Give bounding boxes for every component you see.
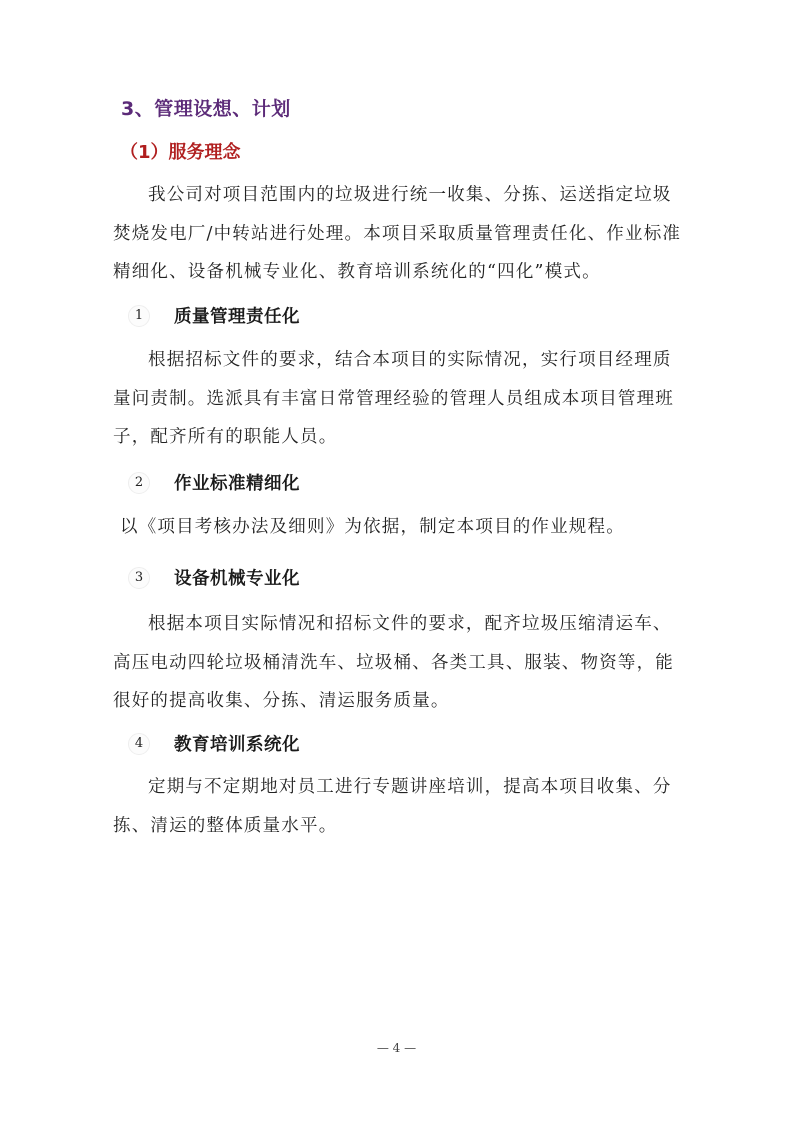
circled-number-icon: 2: [128, 472, 150, 494]
list-item-heading: 2 作业标准精细化: [128, 470, 300, 495]
list-item-heading: 4 教育培训系统化: [128, 731, 300, 756]
intro-paragraph: 我公司对项目范围内的垃圾进行统一收集、分拣、运送指定垃圾焚烧发电厂/中转站进行处…: [113, 176, 688, 292]
circled-number-icon: 1: [128, 305, 150, 327]
item-body: 根据本项目实际情况和招标文件的要求，配齐垃圾压缩清运车、高压电动四轮垃圾桶清洗车…: [113, 605, 688, 721]
item-title: 质量管理责任化: [174, 303, 300, 328]
list-item-heading: 1 质量管理责任化: [128, 303, 300, 328]
page-number: — 4 —: [0, 1041, 793, 1055]
document-page: 3、管理设想、计划 （1）服务理念 我公司对项目范围内的垃圾进行统一收集、分拣、…: [0, 0, 793, 1122]
section-heading: 3、管理设想、计划: [121, 94, 291, 121]
subsection-heading: （1）服务理念: [120, 138, 241, 164]
item-title: 设备机械专业化: [174, 565, 300, 590]
list-item-heading: 3 设备机械专业化: [128, 565, 300, 590]
item-title: 教育培训系统化: [174, 731, 300, 756]
item-body: 以《项目考核办法及细则》为依据，制定本项目的作业规程。: [120, 508, 695, 547]
item-body: 定期与不定期地对员工进行专题讲座培训，提高本项目收集、分拣、清运的整体质量水平。: [113, 768, 688, 845]
item-title: 作业标准精细化: [174, 470, 300, 495]
circled-number-icon: 3: [128, 567, 150, 589]
circled-number-icon: 4: [128, 733, 150, 755]
item-body: 根据招标文件的要求，结合本项目的实际情况，实行项目经理质量问责制。选派具有丰富日…: [113, 341, 688, 457]
